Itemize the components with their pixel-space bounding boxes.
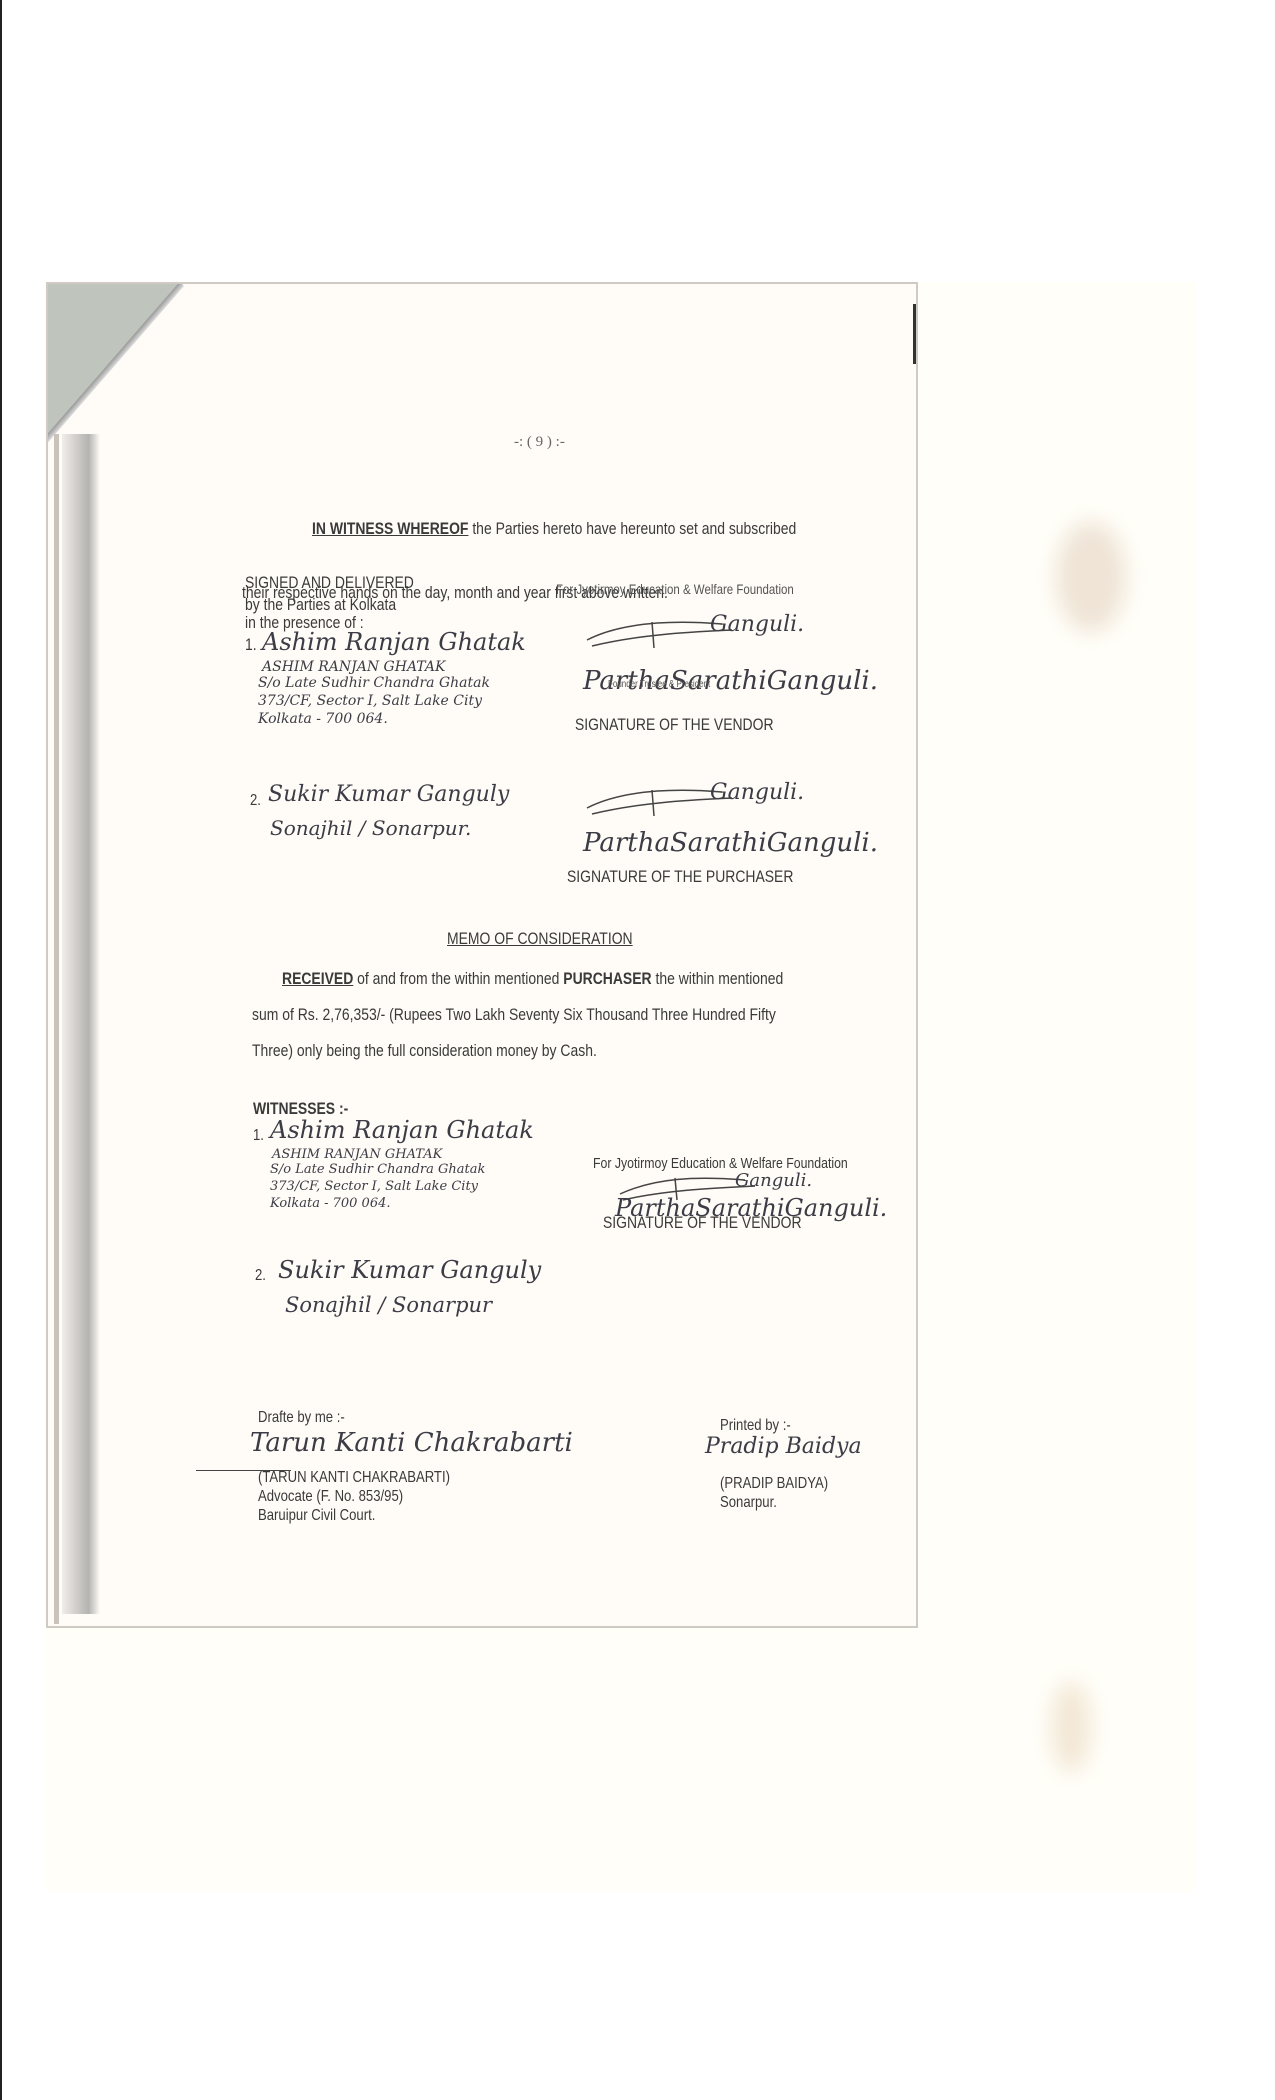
memo-line1: RECEIVED of and from the within mentione… [282,970,783,987]
witness1-signature: Ashim Ranjan Ghatak [262,630,526,654]
purchaser-signature1: Ganguli. [710,782,804,804]
w1-signature: Ashim Ranjan Ghatak [270,1118,534,1142]
memo-title: MEMO OF CONSIDERATION [447,930,633,947]
memo-line3: Three) only being the full consideration… [252,1042,597,1059]
witness2-address: Sonajhil / Sonarpur. [270,818,471,838]
w1-number: 1. [253,1128,264,1144]
purchaser-signature2: ParthaSarathiGanguli. [583,830,878,856]
witness2-signature: Sukir Kumar Ganguly [268,784,509,806]
memo-received: RECEIVED [282,969,353,988]
signed-delivered-heading: SIGNED AND DELIVERED [245,574,414,591]
witness1-parent: S/o Late Sudhir Chandra Ghatak [258,676,490,690]
drafter-signature: Tarun Kanti Chakrabarti [250,1430,573,1456]
scan-left-border [0,0,2,2100]
printer-signature: Pradip Baidya [705,1436,862,1458]
w-vendor-signature1: Ganguli. [735,1172,812,1190]
signed-line1: by the Parties at Kolkata [245,596,396,613]
purchaser-signature-label: SIGNATURE OF THE PURCHASER [567,868,793,885]
w-vendor-org: For Jyotirmoy Education & Welfare Founda… [593,1156,848,1171]
vendor-signature-label: SIGNATURE OF THE VENDOR [575,716,774,733]
memo-purchaser: PURCHASER [563,969,651,988]
drafter-court: Baruipur Civil Court. [258,1508,375,1524]
drafter-title: Advocate (F. No. 853/95) [258,1489,403,1505]
witness1-address2: Kolkata - 700 064. [258,712,388,726]
witness2-number: 2. [250,793,261,809]
drafter-label: Drafte by me :- [258,1410,345,1426]
witness-clause-lead: IN WITNESS WHEREOF [312,519,468,538]
printer-name: (PRADIP BAIDYA) [720,1476,828,1492]
w1-address2: Kolkata - 700 064. [270,1197,391,1210]
witness1-address1: 373/CF, Sector I, Salt Lake City [258,694,482,708]
printer-label: Printed by :- [720,1418,791,1434]
vendor-stamp: Founder Trustee & President [608,680,710,690]
witness1-number: 1. [245,636,257,653]
vendor-signature1: Ganguli. [710,614,804,636]
witness1-name: ASHIM RANJAN GHATAK [262,660,445,674]
vendor-org: For Jyotirmoy Education & Welfare Founda… [556,582,794,596]
w2-signature: Sukir Kumar Ganguly [278,1258,541,1282]
w1-parent: S/o Late Sudhir Chandra Ghatak [270,1163,485,1176]
w-vendor-label: SIGNATURE OF THE VENDOR [603,1214,802,1231]
memo-line2: sum of Rs. 2,76,353/- (Rupees Two Lakh S… [252,1006,776,1023]
w2-address: Sonajhil / Sonarpur [285,1295,492,1316]
w2-number: 2. [255,1268,266,1284]
binding-shadow [62,434,100,1614]
witnesses-heading: WITNESSES :- [253,1100,348,1117]
w1-address1: 373/CF, Sector I, Salt Lake City [270,1180,478,1193]
printer-place: Sonarpur. [720,1495,777,1511]
drafter-name: (TARUN KANTI CHAKRABARTI) [258,1470,450,1486]
w1-name: ASHIM RANJAN GHATAK [272,1148,442,1161]
page-number: -: ( 9 ) :- [514,435,565,450]
witness-clause-line1: IN WITNESS WHEREOF the Parties hereto ha… [312,520,796,537]
